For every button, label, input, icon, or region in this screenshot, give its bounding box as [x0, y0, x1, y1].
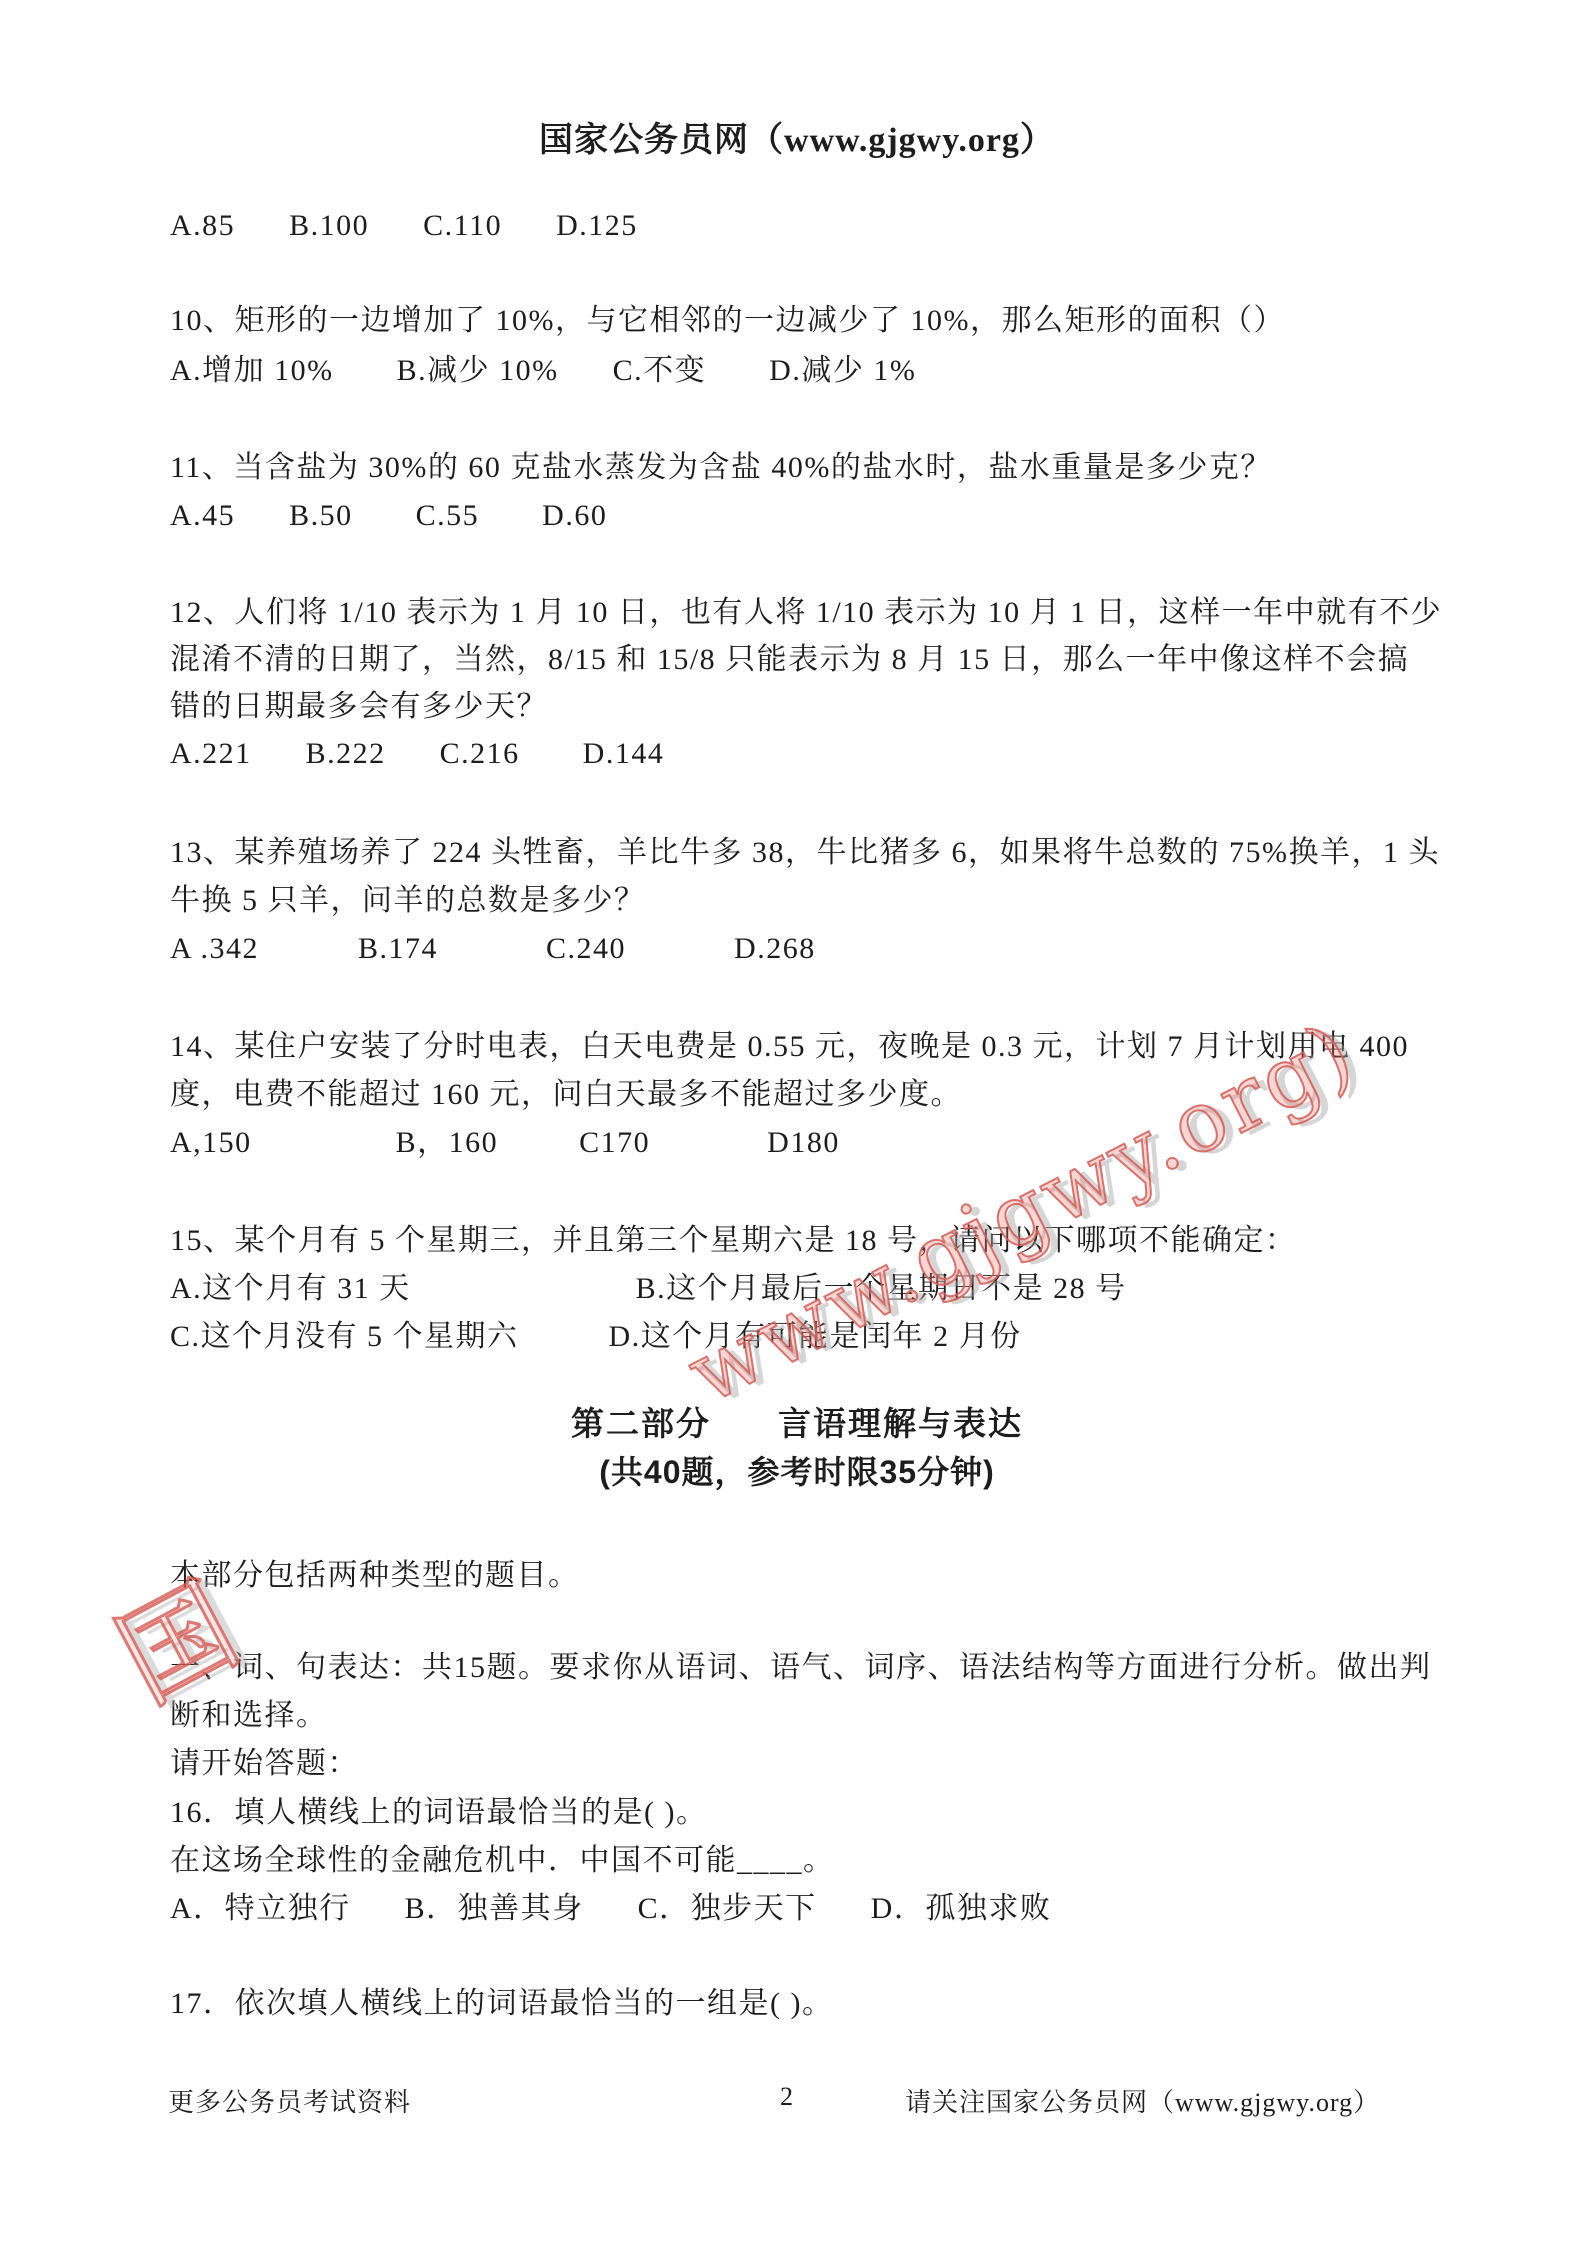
- question-17-text: 17．依次填人横线上的词语最恰当的一组是( )。: [170, 1985, 833, 2023]
- question-15-options-ab: A.这个月有 31 天 B.这个月最后一个星期日不是 28 号: [170, 1270, 1127, 1308]
- question-14-text-line1: 14、某住户安装了分时电表，白天电费是 0.55 元，夜晚是 0.3 元，计划 …: [170, 1028, 1409, 1066]
- footer-page-number: 2: [780, 2082, 794, 2112]
- footer-left-text: 更多公务员考试资料: [168, 2082, 411, 2119]
- question-11-text: 11、当含盐为 30%的 60 克盐水蒸发为含盐 40%的盐水时，盐水重量是多少…: [170, 449, 1272, 487]
- section-intro-line2: 断和选择。: [170, 1697, 328, 1735]
- section-begin-prompt: 请开始答题：: [170, 1745, 359, 1783]
- section-intro-line1: 一、词、句表达：共15题。要求你从语词、语气、词序、语法结构等方面进行分析。做出…: [170, 1649, 1432, 1687]
- section-title: 第二部分 言语理解与表达: [0, 1405, 1594, 1443]
- question-14-options: A,150 B，160 C170 D180: [170, 1124, 840, 1162]
- question-14-text-line2: 度，电费不能超过 160 元，问白天最多不能超过多少度。: [170, 1076, 962, 1114]
- question-10-options: A.增加 10% B.减少 10% C.不变 D.减少 1%: [170, 352, 916, 390]
- page-header-title: 国家公务员网（www.gjgwy.org）: [0, 122, 1594, 160]
- question-13-options: A .342 B.174 C.240 D.268: [170, 930, 816, 968]
- question-16-text: 16．填人横线上的词语最恰当的是( )。: [170, 1794, 707, 1832]
- question-10-text: 10、矩形的一边增加了 10%，与它相邻的一边减少了 10%，那么矩形的面积（）: [170, 302, 1285, 340]
- question-15-options-cd: C.这个月没有 5 个星期六 D.这个月有可能是闰年 2 月份: [170, 1318, 1022, 1356]
- question-12-text-line3: 错的日期最多会有多少天？: [170, 688, 548, 726]
- question-13-text-line2: 牛换 5 只羊，问羊的总数是多少？: [170, 882, 646, 920]
- question-15-text: 15、某个月有 5 个星期三，并且第三个星期六是 18 号，请问以下哪项不能确定…: [170, 1222, 1297, 1260]
- footer-right-text: 请关注国家公务员网（www.gjgwy.org）: [905, 2082, 1380, 2119]
- section-note: 本部分包括两种类型的题目。: [170, 1557, 580, 1595]
- question-12-text-line1: 12、人们将 1/10 表示为 1 月 10 日，也有人将 1/10 表示为 1…: [170, 594, 1442, 632]
- question-9-options: A.85 B.100 C.110 D.125: [170, 207, 638, 245]
- question-11-options: A.45 B.50 C.55 D.60: [170, 497, 607, 535]
- question-12-text-line2: 混淆不清的日期了，当然，8/15 和 15/8 只能表示为 8 月 15 日，那…: [170, 641, 1409, 679]
- question-13-text-line1: 13、某养殖场养了 224 头牲畜，羊比牛多 38，牛比猪多 6，如果将牛总数的…: [170, 834, 1440, 872]
- question-12-options: A.221 B.222 C.216 D.144: [170, 735, 664, 773]
- section-subtitle: (共40题，参考时限35分钟): [0, 1453, 1594, 1491]
- exam-page: 国家公务员网（www.gjgwy.org） A.85 B.100 C.110 D…: [0, 0, 1594, 2252]
- question-16-stem: 在这场全球性的金融危机中．中国不可能____。: [170, 1842, 835, 1880]
- question-16-options: A．特立独行 B．独善其身 C．独步天下 D．孤独求败: [170, 1890, 1051, 1928]
